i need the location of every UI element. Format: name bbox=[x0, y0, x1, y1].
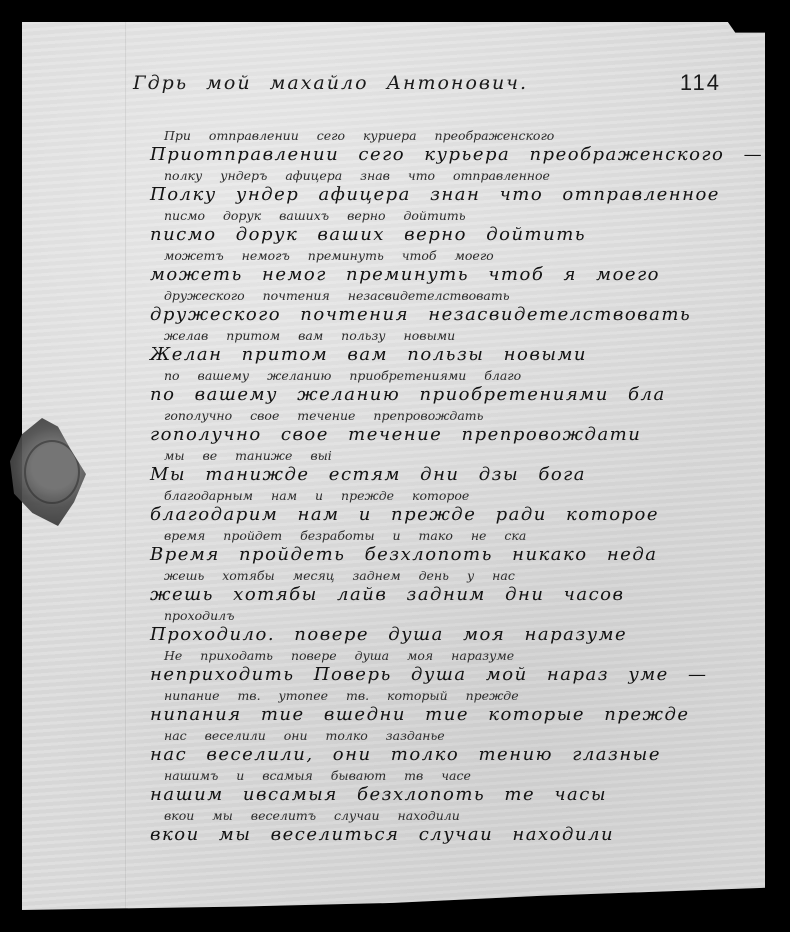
original-line: Мы танижде естям дни дзы бога bbox=[150, 464, 750, 486]
line-pair: При отправлении сего куриера преображенс… bbox=[150, 128, 750, 166]
original-line: Полку ундер афицера знан что отправленно… bbox=[150, 184, 750, 206]
line-pair: нашимъ и всамыя бывают тв часе нашим ивс… bbox=[150, 768, 750, 806]
interlinear-transcription: писмо дорук вашихъ верно дойтить bbox=[150, 208, 750, 224]
line-pair: дружеского почтения незасвидетелствовать… bbox=[150, 288, 750, 326]
line-pair: желав притом вам пользу новыми Желан при… bbox=[150, 328, 750, 366]
line-pair: писмо дорук вашихъ верно дойтить писмо д… bbox=[150, 208, 750, 246]
interlinear-transcription: желав притом вам пользу новыми bbox=[150, 328, 750, 344]
original-line: Время пройдеть безхлопоть никако неда bbox=[150, 544, 750, 566]
interlinear-transcription: время пройдет безработы и тако не ска bbox=[150, 528, 750, 544]
original-line: нипания тие вшедни тие которые прежде bbox=[150, 704, 750, 726]
interlinear-transcription: мы ве таниже выі bbox=[150, 448, 750, 464]
original-line: жешь хотябы лайв задним дни часов bbox=[150, 584, 750, 606]
interlinear-transcription: гополучно свое течение препровождать bbox=[150, 408, 750, 424]
interlinear-transcription: благодарным нам и прежде которое bbox=[150, 488, 750, 504]
original-line: вкои мы веселиться случаи находили bbox=[150, 824, 750, 846]
letter-header: Гдрь мой махайло Антонович. 114 bbox=[133, 72, 733, 102]
original-line: Приотправлении сего курьера преображенск… bbox=[150, 144, 750, 166]
original-line: писмо дорук ваших верно дойтить bbox=[150, 224, 750, 246]
original-line: нас веселили, они толко тению глазные bbox=[150, 744, 750, 766]
line-pair: по вашему желанию приобретениями благо п… bbox=[150, 368, 750, 406]
line-pair: проходилъ Проходило. повере душа моя нар… bbox=[150, 608, 750, 646]
line-pair: вкои мы веселитъ случаи находили вкои мы… bbox=[150, 808, 750, 846]
interlinear-transcription: нашимъ и всамыя бывают тв часе bbox=[150, 768, 750, 784]
interlinear-transcription: по вашему желанию приобретениями благо bbox=[150, 368, 750, 384]
original-line: можеть немог преминуть чтоб я моего bbox=[150, 264, 750, 286]
line-pair: гополучно свое течение препровождать гоп… bbox=[150, 408, 750, 446]
line-pair: полку ундеръ афицера знав что отправленн… bbox=[150, 168, 750, 206]
interlinear-transcription: дружеского почтения незасвидетелствовать bbox=[150, 288, 750, 304]
salutation: Гдрь мой махайло Антонович. bbox=[133, 72, 528, 94]
original-line: Проходило. повере душа моя наразуме bbox=[150, 624, 750, 646]
original-line: Желан притом вам пользы новыми bbox=[150, 344, 750, 366]
interlinear-transcription: При отправлении сего куриера преображенс… bbox=[150, 128, 750, 144]
interlinear-transcription: вкои мы веселитъ случаи находили bbox=[150, 808, 750, 824]
line-pair: мы ве таниже выі Мы танижде естям дни дз… bbox=[150, 448, 750, 486]
paper-fold-line bbox=[125, 22, 127, 910]
original-line: по вашему желанию приобретениями бла bbox=[150, 384, 750, 406]
interlinear-transcription: Не приходать повере душа моя наразуме bbox=[150, 648, 750, 664]
interlinear-transcription: нас веселили они толко зазданье bbox=[150, 728, 750, 744]
original-line: благодарим нам и прежде ради которое bbox=[150, 504, 750, 526]
interlinear-transcription: нипание тв. утопее тв. который прежде bbox=[150, 688, 750, 704]
letter-body: При отправлении сего куриера преображенс… bbox=[150, 128, 750, 848]
original-line: дружеского почтения незасвидетелствовать bbox=[150, 304, 750, 326]
interlinear-transcription: жешь хотябы месяц заднем день у нас bbox=[150, 568, 750, 584]
line-pair: нипание тв. утопее тв. который прежде ни… bbox=[150, 688, 750, 726]
interlinear-transcription: полку ундеръ афицера знав что отправленн… bbox=[150, 168, 750, 184]
line-pair: жешь хотябы месяц заднем день у нас жешь… bbox=[150, 568, 750, 606]
original-line: неприходить Поверь душа мой нараз уме — bbox=[150, 664, 750, 686]
line-pair: нас веселили они толко зазданье нас весе… bbox=[150, 728, 750, 766]
line-pair: можетъ немогъ преминуть чтоб моего может… bbox=[150, 248, 750, 286]
line-pair: благодарным нам и прежде которое благода… bbox=[150, 488, 750, 526]
original-line: гополучно свое течение препровождати bbox=[150, 424, 750, 446]
interlinear-transcription: проходилъ bbox=[150, 608, 750, 624]
folio-number: 114 bbox=[680, 70, 721, 96]
line-pair: Не приходать повере душа моя наразуме не… bbox=[150, 648, 750, 686]
interlinear-transcription: можетъ немогъ преминуть чтоб моего bbox=[150, 248, 750, 264]
line-pair: время пройдет безработы и тако не ска Вр… bbox=[150, 528, 750, 566]
original-line: нашим ивсамыя безхлопоть те часы bbox=[150, 784, 750, 806]
